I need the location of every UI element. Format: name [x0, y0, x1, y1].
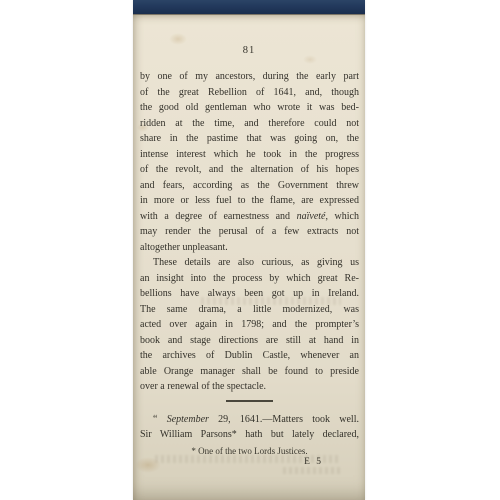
diary-quote: “ September 29, 1641.—Matters took well.… [140, 412, 359, 443]
text-line: share in the pastime that was going on, … [140, 131, 359, 147]
section-divider-rule [226, 400, 273, 402]
foxing-stain [169, 33, 187, 45]
signature-mark: E 5 [304, 457, 323, 467]
paragraph: These details are also curious, as givin… [140, 255, 359, 395]
text-line: by one of my ancestors, during the early… [140, 69, 359, 85]
page-body-text: by one of my ancestors, during the early… [140, 69, 359, 395]
text-line: able Orange manager shall be found to pr… [140, 364, 359, 380]
text-line: altogether unpleasant. [140, 240, 359, 256]
text-line: may render the perusal of a few extracts… [140, 224, 359, 240]
text-line: over a renewal of the spectacle. [140, 379, 359, 395]
paragraph: “ September 29, 1641.—Matters took well.… [140, 412, 359, 443]
book-page: 81 by one of my ancestors, during the ea… [133, 14, 365, 500]
text-line: and fears, according as the Government t… [140, 178, 359, 194]
book-cover-edge [133, 0, 365, 14]
text-line: of the great Rebellion of 1641, and, tho… [140, 85, 359, 101]
foxing-stain [135, 457, 161, 473]
text-line: “ September 29, 1641.—Matters took well. [140, 412, 359, 427]
footnote: * One of the two Lords Justices. [140, 446, 359, 456]
foxing-stain [303, 55, 317, 64]
text-line: book and stage directions are still at h… [140, 333, 359, 349]
page-number: 81 [133, 45, 365, 56]
text-line: in more or less fuel to the flame, are e… [140, 193, 359, 209]
listing-canvas: 81 by one of my ancestors, during the ea… [0, 0, 500, 500]
text-line: with a degree of earnestness and naïveté… [140, 209, 359, 225]
text-line: an insight into the process by which gre… [140, 271, 359, 287]
text-line: the good old gentleman who wrote it was … [140, 100, 359, 116]
paragraph: by one of my ancestors, during the early… [140, 69, 359, 255]
show-through-ghost-text [283, 467, 343, 474]
book-photo: 81 by one of my ancestors, during the ea… [133, 0, 365, 500]
text-line: Sir William Parsons* hath but lately dec… [140, 427, 359, 442]
text-line: the archives of Dublin Castle, whenever … [140, 348, 359, 364]
text-line: These details are also curious, as givin… [140, 255, 359, 271]
text-line: bellions have always been got up in Irel… [140, 286, 359, 302]
text-line: The same drama, a little modernized, was [140, 302, 359, 318]
text-line: ridden at the time, and therefore could … [140, 116, 359, 132]
text-line: intense interest which he took in the pr… [140, 147, 359, 163]
text-line: of the revolt, and the alternation of hi… [140, 162, 359, 178]
text-line: acted over again in 1798; and the prompt… [140, 317, 359, 333]
